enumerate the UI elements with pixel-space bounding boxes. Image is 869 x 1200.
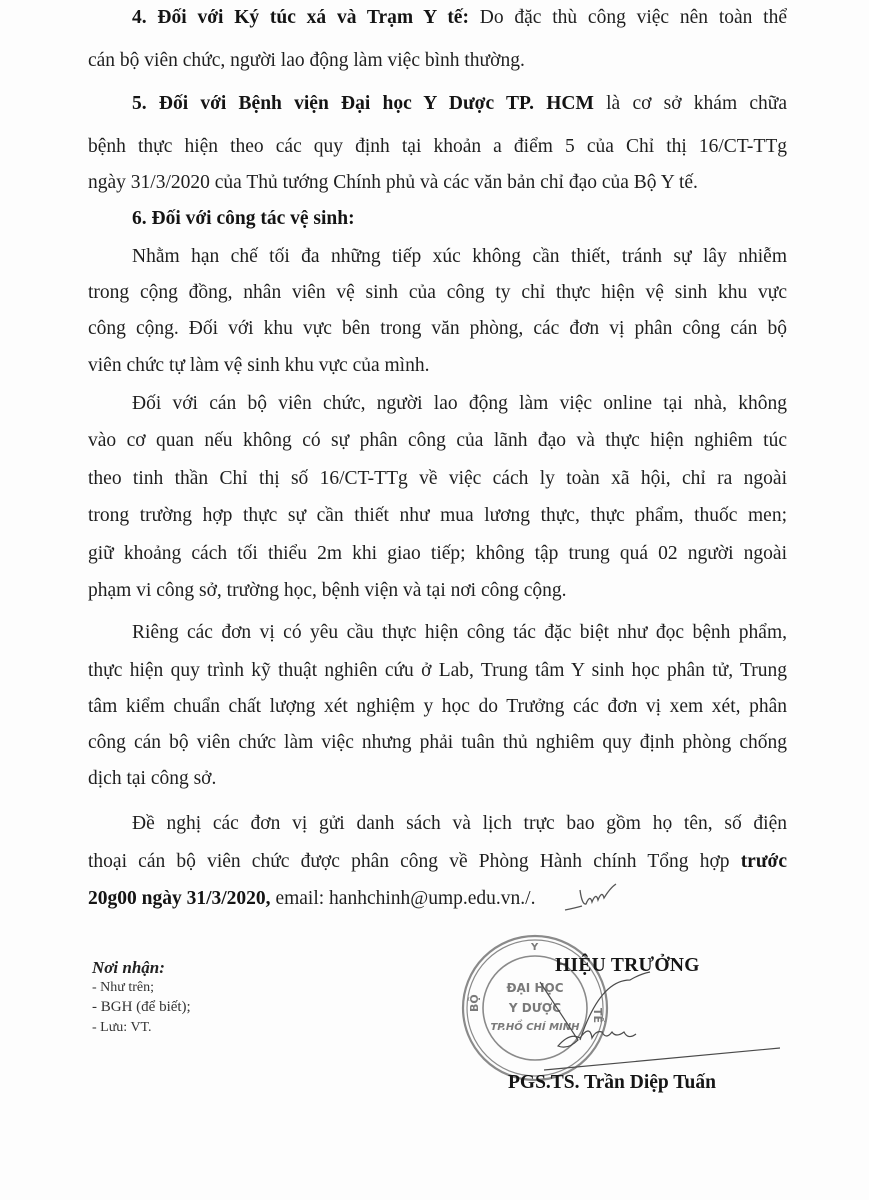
paragraph-line: tâm kiểm chuẩn chất lượng xét nghiệm y h…: [88, 695, 787, 719]
paragraph-line: 20g00 ngày 31/3/2020, email: hanhchinh@u…: [88, 887, 787, 911]
paragraph-line: phạm vi công sở, trường học, bệnh viện v…: [88, 579, 787, 603]
paragraph-line: Nhằm hạn chế tối đa những tiếp xúc không…: [132, 245, 787, 269]
paragraph-line: trong cộng đồng, nhân viên vệ sinh của c…: [88, 281, 787, 305]
paragraph-line: giữ khoảng cách tối thiểu 2m khi giao ti…: [88, 542, 787, 566]
paragraph-line: theo tinh thần Chỉ thị số 16/CT-TTg về v…: [88, 467, 787, 491]
recipient-item: - Lưu: VT.: [92, 1020, 152, 1036]
section-4-line-1: 4. Đối với Ký túc xá và Trạm Y tế: Do đặ…: [132, 6, 787, 30]
svg-text:TP.HỒ CHÍ MINH: TP.HỒ CHÍ MINH: [490, 1018, 580, 1033]
request-text: thoại cán bộ viên chức được phân công về…: [88, 851, 741, 872]
paragraph-line: công cán bộ viên chức làm việc nhưng phả…: [88, 731, 787, 755]
paragraph-line: vào cơ quan nếu không có sự phân công củ…: [88, 429, 787, 453]
recipient-item: - Như trên;: [92, 980, 154, 996]
section-5-heading: 5. Đối với Bệnh viện Đại học Y Dược TP. …: [132, 93, 594, 114]
paragraph-line: thực hiện quy trình kỹ thuật nghiên cứu …: [88, 659, 787, 683]
signature-title: HIỆU TRƯỞNG: [555, 955, 700, 977]
section-5-line-3: ngày 31/3/2020 của Thủ tướng Chính phủ v…: [88, 171, 787, 195]
paragraph-line: Riêng các đơn vị có yêu cầu thực hiện cô…: [132, 621, 787, 645]
section-5-line-1: 5. Đối với Bệnh viện Đại học Y Dược TP. …: [132, 92, 787, 116]
section-6-heading-text: 6. Đối với công tác vệ sinh:: [132, 208, 355, 229]
svg-text:BỘ: BỘ: [468, 994, 481, 1012]
deadline-date: 20g00 ngày 31/3/2020,: [88, 888, 271, 909]
paragraph-line: viên chức tự làm vệ sinh khu vực của mìn…: [88, 354, 787, 378]
section-5-line-2: bệnh thực hiện theo các quy định tại kho…: [88, 135, 787, 159]
section-4-line-2: cán bộ viên chức, người lao động làm việ…: [88, 49, 787, 73]
deadline-bold: trước: [741, 851, 787, 872]
section-6-heading: 6. Đối với công tác vệ sinh:: [132, 207, 787, 231]
svg-text:TẾ: TẾ: [591, 1008, 606, 1024]
paragraph-line: dịch tại công sở.: [88, 767, 787, 791]
initial-signature-icon: [560, 880, 620, 920]
paragraph-line: công cộng. Đối với khu vực bên trong văn…: [88, 317, 787, 341]
signatory-name: PGS.TS. Trần Diệp Tuấn: [508, 1072, 716, 1094]
section-4-text: Do đặc thù công việc nên toàn thể: [469, 7, 787, 28]
document-page: 4. Đối với Ký túc xá và Trạm Y tế: Do đặ…: [0, 0, 869, 1200]
svg-text:ĐẠI HỌC: ĐẠI HỌC: [506, 981, 563, 995]
recipients-title: Nơi nhận:: [92, 958, 165, 978]
svg-text:Y: Y: [530, 942, 539, 953]
paragraph-line: Đề nghị các đơn vị gửi danh sách và lịch…: [132, 812, 787, 836]
contact-email: email: hanhchinh@ump.edu.vn./.: [271, 888, 536, 909]
section-4-heading: 4. Đối với Ký túc xá và Trạm Y tế:: [132, 7, 469, 28]
paragraph-line: Đối với cán bộ viên chức, người lao động…: [132, 392, 787, 416]
recipient-item: - BGH (để biết);: [92, 999, 191, 1016]
section-5-text: là cơ sở khám chữa: [594, 93, 787, 114]
paragraph-line: trong trường hợp thực sự cần thiết như m…: [88, 504, 787, 528]
paragraph-line: thoại cán bộ viên chức được phân công về…: [88, 850, 787, 874]
